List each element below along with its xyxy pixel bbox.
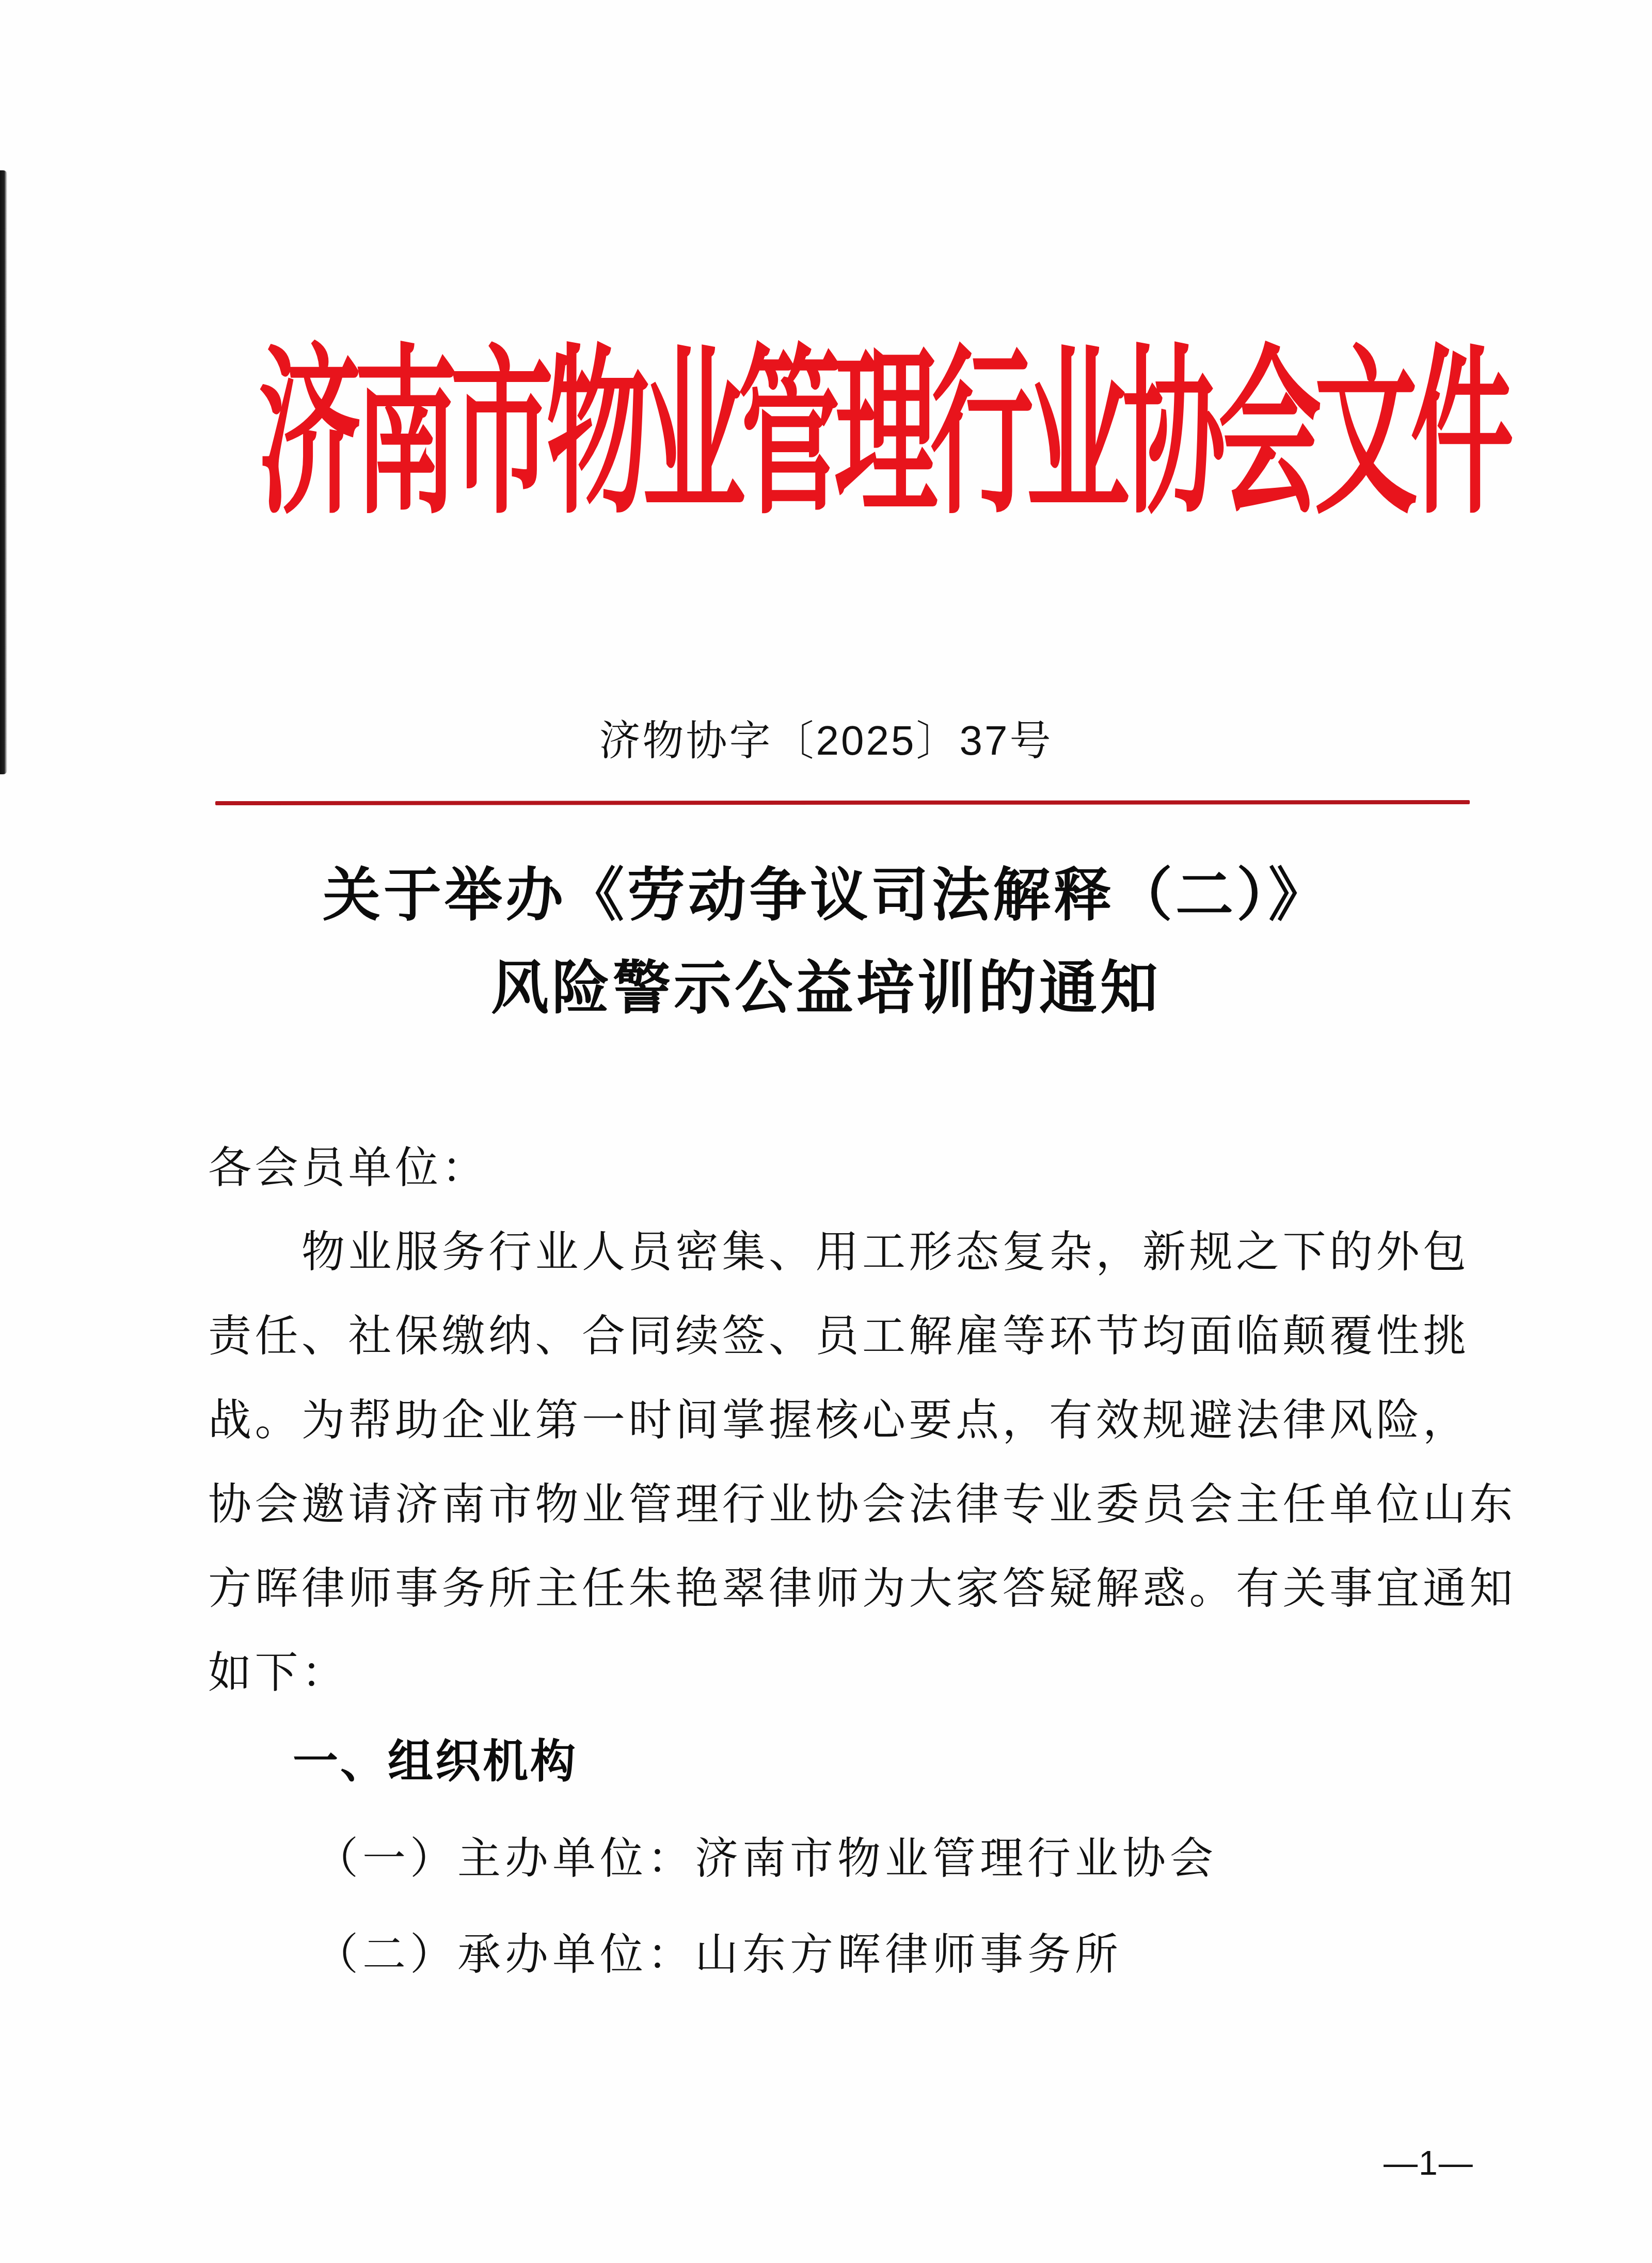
red-divider-rule [215, 800, 1470, 805]
letterhead-char: 业 [1026, 343, 1122, 524]
doc-number-year: 〔2025〕 [773, 718, 960, 763]
notice-title-line-1: 关于举办《劳动争议司法解释（二）》 [0, 859, 1652, 932]
letterhead-char: 市 [450, 343, 546, 524]
organizer-item: （一）主办单位：济南市物业管理行业协会 [315, 1832, 1217, 1884]
letterhead-char: 南 [354, 343, 450, 524]
letterhead-char: 会 [1218, 343, 1314, 524]
letterhead-char: 件 [1410, 343, 1506, 524]
letterhead-char: 济 [258, 343, 354, 524]
letterhead-char: 物 [546, 343, 642, 524]
letterhead-char: 协 [1122, 343, 1218, 524]
document-page: 济 南 市 物 业 管 理 行 业 协 会 文 件 济物协字〔2025〕37号 … [0, 0, 1652, 2263]
co-organizer-label: （二）承办单位： [315, 1929, 695, 1980]
letterhead-char: 理 [834, 343, 930, 524]
salutation: 各会员单位： [208, 1142, 488, 1193]
organizer-label: （一）主办单位： [315, 1833, 695, 1884]
notice-title-line-2: 风险警示公益培训的通知 [0, 952, 1652, 1025]
body-paragraph-line: 方晖律师事务所主任朱艳翠律师为大家答疑解惑。有关事宜通知 [208, 1563, 1516, 1614]
doc-number-prefix: 济物协字 [599, 719, 773, 764]
body-paragraph-line: 如下： [208, 1647, 348, 1698]
section-heading-organization: 一、组织机构 [293, 1735, 578, 1787]
org-letterhead-title: 济 南 市 物 业 管 理 行 业 协 会 文 件 [258, 330, 1435, 537]
body-paragraph-line: 协会邀请济南市物业管理行业协会法律专业委员会主任单位山东 [208, 1478, 1516, 1530]
letterhead-char: 管 [738, 343, 834, 524]
document-number: 济物协字〔2025〕37号 [0, 715, 1652, 767]
co-organizer-item: （二）承办单位：山东方晖律师事务所 [315, 1929, 1122, 1980]
doc-number-serial: 37号 [959, 718, 1053, 763]
letterhead-char: 业 [642, 343, 738, 524]
co-organizer-value: 山东方晖律师事务所 [695, 1929, 1122, 1980]
letterhead-char: 文 [1314, 343, 1410, 524]
letterhead-char: 行 [930, 343, 1026, 524]
page-number: —1— [1384, 2142, 1474, 2184]
organizer-value: 济南市物业管理行业协会 [695, 1833, 1217, 1884]
scan-edge-shadow [0, 170, 7, 774]
body-paragraph-line: 战。为帮助企业第一时间掌握核心要点，有效规避法律风险， [208, 1394, 1470, 1446]
body-paragraph-line: 责任、社保缴纳、合同续签、员工解雇等环节均面临颠覆性挑 [208, 1310, 1470, 1362]
body-paragraph-line: 物业服务行业人员密集、用工形态复杂，新规之下的外包 [301, 1226, 1470, 1278]
